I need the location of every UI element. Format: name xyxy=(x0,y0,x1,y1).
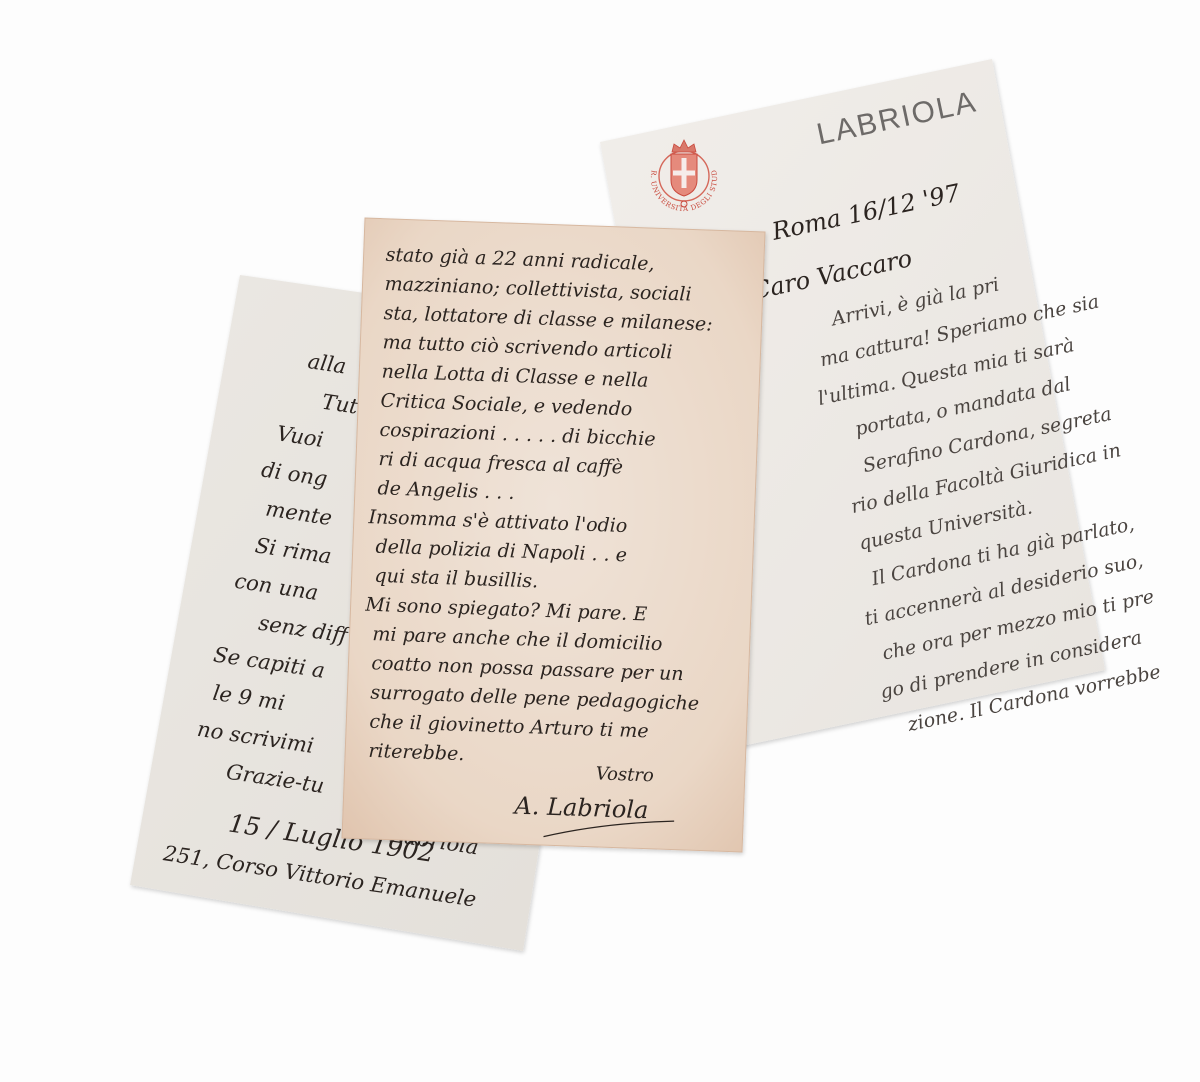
handwritten-line: riterebbe. xyxy=(368,740,465,765)
middle-letter: stato già a 22 anni radicale,mazziniano;… xyxy=(342,218,765,852)
closing: Vostro xyxy=(595,763,654,786)
signature: A. Labriola xyxy=(512,792,649,825)
photo-scene: LABRIOLA R. UNIVERSITÀ DEGLI STUDI DI RO… xyxy=(0,0,1200,1082)
